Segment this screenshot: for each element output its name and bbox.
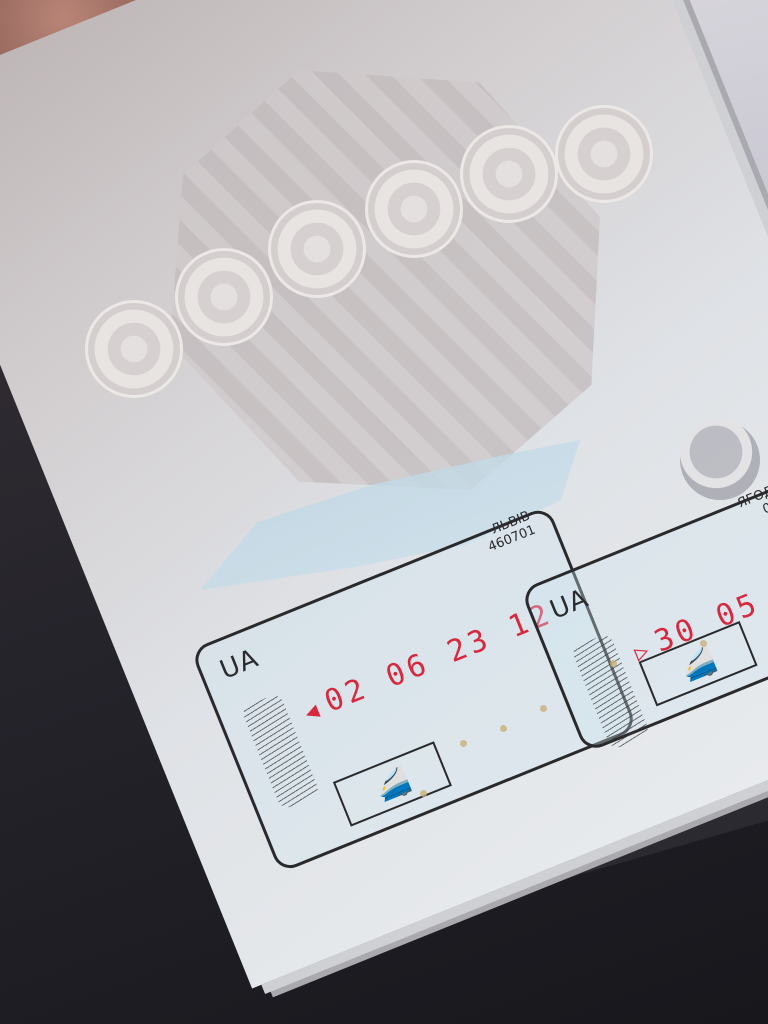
rosette-ornament [460,125,558,223]
rosette-ornament [85,300,183,398]
stamp-date: ◀02 06 23 12 [298,596,558,728]
stain [420,790,427,797]
stain [500,725,507,732]
stamp-country: UA [216,643,263,685]
taeguk-emblem-icon [680,420,760,500]
rosette-ornament [268,200,366,298]
rosette-ornament [365,160,463,258]
stain [700,640,707,647]
exit-arrow-icon: ◀ [301,697,326,727]
rosette-ornament [555,105,653,203]
rosette-ornament [175,248,273,346]
stain [610,660,617,667]
stamp-country: UA [546,583,593,625]
stain [540,705,547,712]
stain [460,740,467,747]
photo-scene: UA ЛЬВІВ 460701 ◀02 06 23 12 🚄 UA ЯГОД… … [0,0,768,1024]
